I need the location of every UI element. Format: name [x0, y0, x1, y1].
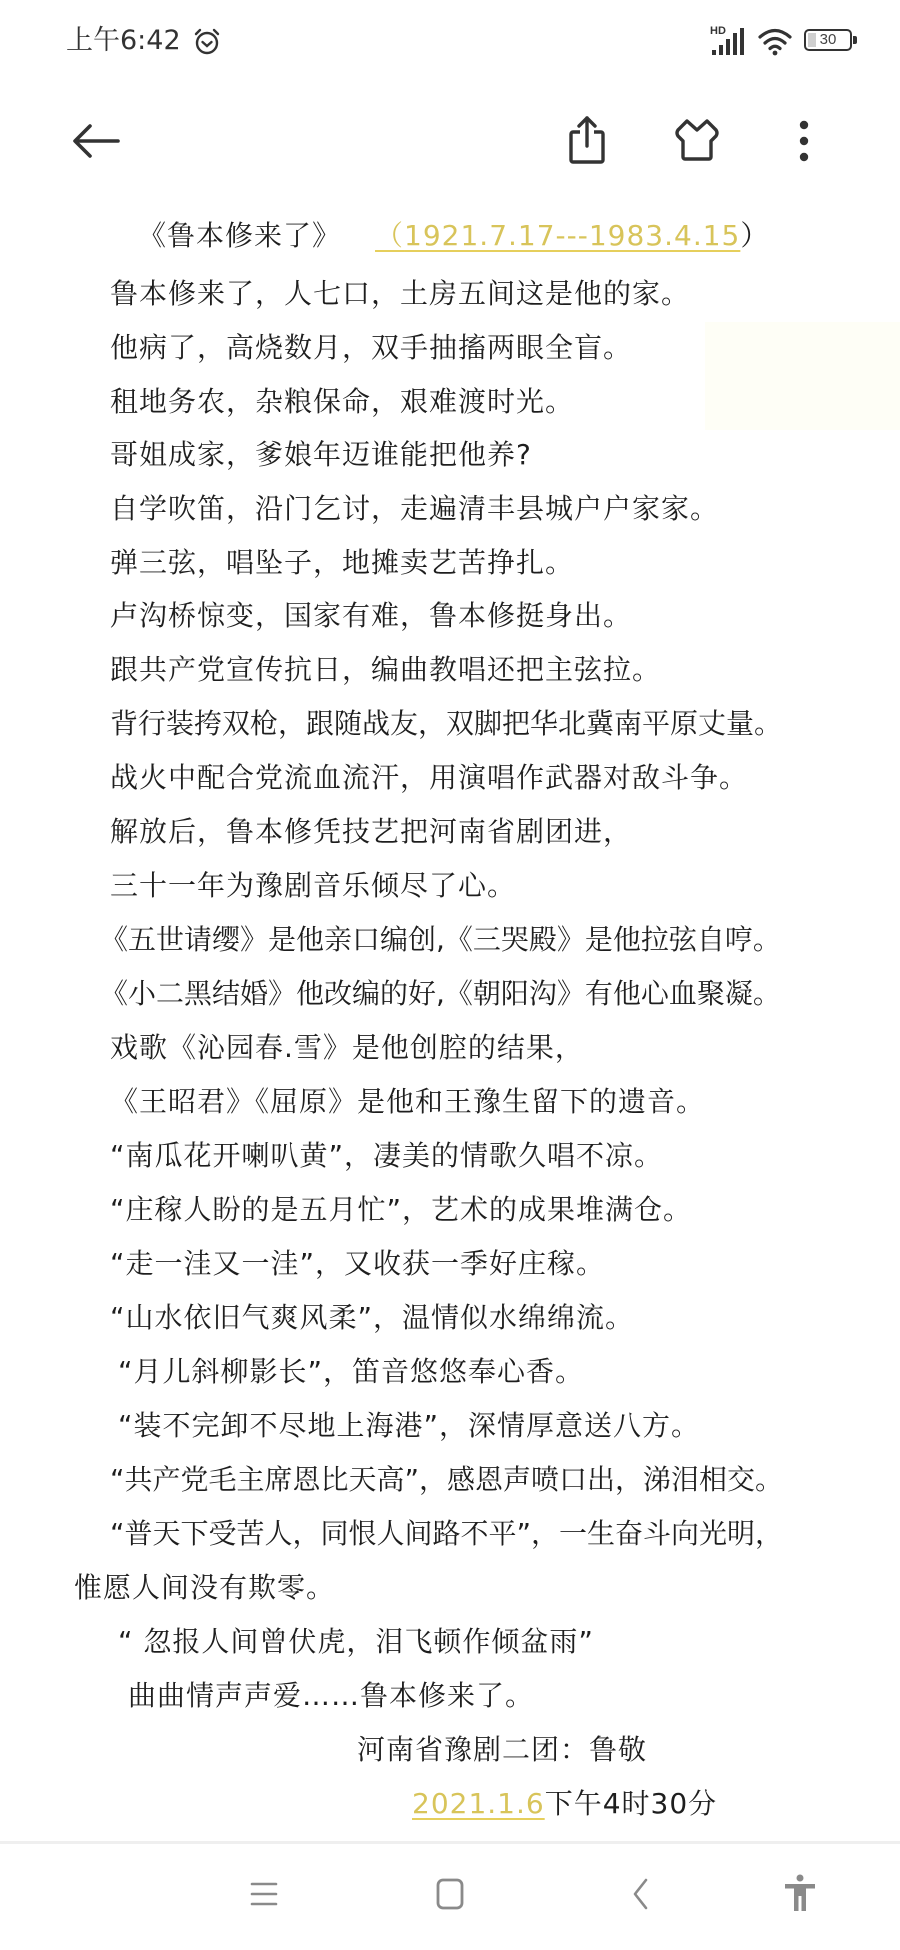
- share-icon: [565, 114, 609, 166]
- battery-level: 30: [804, 29, 852, 51]
- article-line: “装不完卸不尽地上海港”，深情厚意送八方。: [118, 1406, 700, 1446]
- article-line: “ 忽报人间曾伏虎，泪飞顿作倾盆雨”: [118, 1622, 594, 1662]
- menu-icon: [250, 1881, 278, 1907]
- article-line: 解放后，鲁本修凭技艺把河南省剧团进，: [110, 812, 632, 852]
- post-date-line: 2021.1.6下午4时30分: [412, 1784, 717, 1824]
- shirt-icon: [672, 117, 722, 163]
- article-line: 鲁本修来了，人七口，土房五间这是他的家。: [110, 274, 690, 314]
- home-icon: [436, 1878, 464, 1910]
- recent-apps-button[interactable]: [244, 1874, 284, 1914]
- arrow-left-icon: [70, 121, 122, 161]
- article-line: 卢沟桥惊变，国家有难，鲁本修挺身出。: [110, 596, 632, 636]
- article-line: “月儿斜柳影长”，笛音悠悠奉心香。: [118, 1352, 584, 1392]
- article-title-line: 《鲁本修来了》（1921.7.17---1983.4.15）: [138, 216, 769, 256]
- article-line: 《小二黑结婚》他改编的好,《朝阳沟》有他心血聚凝。: [100, 974, 781, 1014]
- back-chevron-icon: [630, 1877, 650, 1911]
- status-time: 上午6:42: [66, 24, 181, 58]
- dates-close-paren: ）: [740, 219, 769, 252]
- signature: 河南省豫剧二团：鲁敬: [357, 1730, 647, 1770]
- status-indicators: HD 30: [710, 26, 860, 58]
- article-line: “庄稼人盼的是五月忙”，艺术的成果堆满仓。: [110, 1190, 692, 1230]
- article-line: “南瓜花开喇叭黄”，凄美的情歌久唱不凉。: [110, 1136, 663, 1176]
- nav-divider: [0, 1841, 900, 1844]
- article-line: 战火中配合党流血流汗，用演唱作武器对敌斗争。: [110, 758, 748, 798]
- article-line: 跟共产党宣传抗日，编曲教唱还把主弦拉。: [110, 650, 661, 690]
- article-title: 《鲁本修来了》: [138, 219, 341, 252]
- dates-link[interactable]: （1921.7.17---1983.4.15: [375, 219, 740, 252]
- battery-icon: 30: [804, 29, 860, 55]
- accessibility-icon: [784, 1874, 816, 1912]
- more-button[interactable]: [786, 116, 822, 166]
- article-line: “普天下受苦人，同恨人间路不平”，一生奋斗向光明，: [110, 1514, 783, 1554]
- article-line: 哥姐成家，爹娘年迈谁能把他养?: [110, 435, 532, 475]
- date-link[interactable]: 2021.1.6: [412, 1787, 545, 1820]
- home-button[interactable]: [430, 1874, 470, 1914]
- share-button[interactable]: [562, 112, 612, 168]
- article-line: “共产党毛主席恩比天高”，感恩声喷口出，涕泪相交。: [110, 1460, 783, 1500]
- article-line: 背行装挎双枪，跟随战友，双脚把华北冀南平原丈量。: [110, 704, 782, 744]
- background-tint: [705, 322, 900, 430]
- article-line: 弹三弦，唱坠子，地摊卖艺苦挣扎。: [110, 543, 574, 583]
- wifi-icon: [758, 27, 792, 57]
- accessibility-button[interactable]: [778, 1870, 822, 1916]
- cellular-signal-icon: HD: [710, 27, 746, 57]
- article-line: 戏歌《沁园春.雪》是他创腔的结果，: [110, 1028, 584, 1068]
- more-vertical-icon: [798, 119, 810, 163]
- article-line: 他病了，高烧数月，双手抽搐两眼全盲。: [110, 328, 632, 368]
- article-line: “山水依旧气爽风柔”，温情似水绵绵流。: [110, 1298, 634, 1338]
- article-line: 《王昭君》《屈原》是他和王豫生留下的遗音。: [110, 1082, 705, 1122]
- post-time: 下午4时30分: [545, 1787, 717, 1820]
- alarm-clock-icon: [192, 27, 222, 57]
- back-button[interactable]: [66, 118, 126, 164]
- system-back-button[interactable]: [620, 1874, 660, 1914]
- article-line: 三十一年为豫剧音乐倾尽了心。: [110, 866, 516, 906]
- article-line: 《五世请缨》是他亲口编创,《三哭殿》是他拉弦自哼。: [100, 920, 781, 960]
- article-line: 曲曲情声声爱……鲁本修来了。: [128, 1676, 534, 1716]
- theme-button[interactable]: [670, 115, 724, 165]
- article-line: 自学吹笛，沿门乞讨，走遍清丰县城户户家家。: [110, 489, 719, 529]
- article-line: “走一洼又一洼”，又收获一季好庄稼。: [110, 1244, 605, 1284]
- article-line: 租地务农，杂粮保命，艰难渡时光。: [110, 382, 574, 422]
- article-line: 惟愿人间没有欺零。: [74, 1568, 335, 1608]
